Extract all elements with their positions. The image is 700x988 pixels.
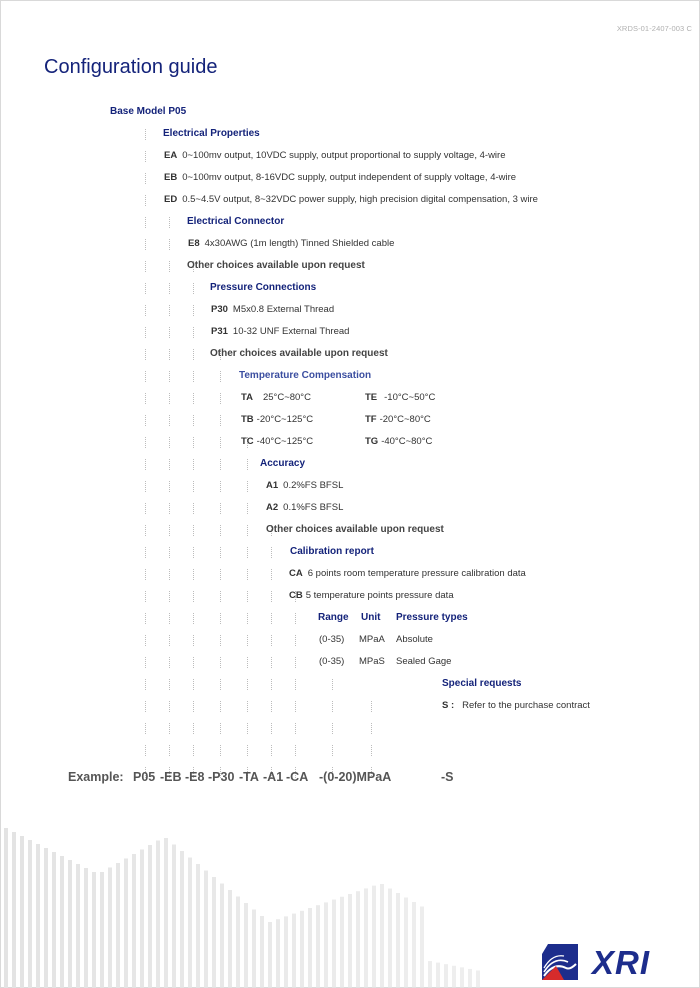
example-part-model: P05: [133, 770, 155, 784]
option-p30: P30M5x0.8 External Thread: [211, 304, 334, 316]
heading-electrical-properties: Electrical Properties: [163, 128, 260, 140]
option-tf: TF-20°C~80°C: [365, 414, 431, 426]
example-part-special: -S: [441, 770, 454, 784]
page-title: Configuration guide: [44, 56, 217, 79]
heading-special-requests: Special requests: [442, 678, 521, 690]
heading-accuracy: Accuracy: [260, 458, 305, 470]
option-a2: A20.1%FS BFSL: [266, 502, 343, 514]
option-te: TE-10°C~50°C: [365, 392, 435, 404]
option-tg: TG-40°C~80°C: [365, 436, 432, 448]
pressure-types-header: Pressure types: [396, 612, 468, 624]
example-part-calibration: -CA: [286, 770, 308, 784]
example-part-range: -(0-20)MPaA: [319, 770, 391, 784]
base-model: Base Model P05: [110, 106, 186, 117]
other-choices-pressure: Other choices available upon request: [210, 348, 388, 360]
option-e8: E84x30AWG (1m length) Tinned Shielded ca…: [188, 238, 394, 250]
range-row-1-unit: MPaA: [359, 634, 385, 646]
heading-electrical-connector: Electrical Connector: [187, 216, 284, 228]
other-choices-connector: Other choices available upon request: [187, 260, 365, 272]
option-eb: EB0~100mv output, 8-16VDC supply, output…: [164, 172, 516, 184]
option-ca: CA6 points room temperature pressure cal…: [289, 568, 526, 580]
unit-header: Unit: [361, 612, 380, 624]
option-s: S :Refer to the purchase contract: [442, 700, 590, 712]
example-label: Example:: [68, 770, 124, 784]
heading-pressure-connections: Pressure Connections: [210, 282, 316, 294]
option-tc: TC-40°C~125°C: [241, 436, 313, 448]
other-choices-accuracy: Other choices available upon request: [266, 524, 444, 536]
range-row-1-range: (0-35): [319, 634, 344, 646]
heading-temperature-compensation: Temperature Compensation: [239, 370, 371, 382]
range-row-1-type: Absolute: [396, 634, 433, 646]
heading-calibration-report: Calibration report: [290, 546, 374, 558]
page-border: [0, 0, 700, 988]
range-row-2-type: Sealed Gage: [396, 656, 451, 668]
example-part-temperature: -TA: [239, 770, 259, 784]
option-ta: TA25°C~80°C: [241, 392, 311, 404]
option-cb: CB5 temperature points pressure data: [289, 590, 454, 602]
range-row-2-unit: MPaS: [359, 656, 385, 668]
example-part-accuracy: -A1: [263, 770, 283, 784]
example-part-connector: -E8: [185, 770, 204, 784]
option-p31: P3110-32 UNF External Thread: [211, 326, 349, 338]
option-tb: TB-20°C~125°C: [241, 414, 313, 426]
logo-text: XRI: [592, 944, 650, 982]
document-id: XRDS-01-2407-003 C: [617, 24, 692, 33]
option-a1: A10.2%FS BFSL: [266, 480, 343, 492]
example-part-pressure: -P30: [208, 770, 234, 784]
option-ed: ED0.5~4.5V output, 8~32VDC power supply,…: [164, 194, 538, 206]
option-ea: EA0~100mv output, 10VDC supply, output p…: [164, 150, 505, 162]
range-row-2-range: (0-35): [319, 656, 344, 668]
example-part-electrical: -EB: [160, 770, 182, 784]
range-header: Range: [318, 612, 349, 624]
